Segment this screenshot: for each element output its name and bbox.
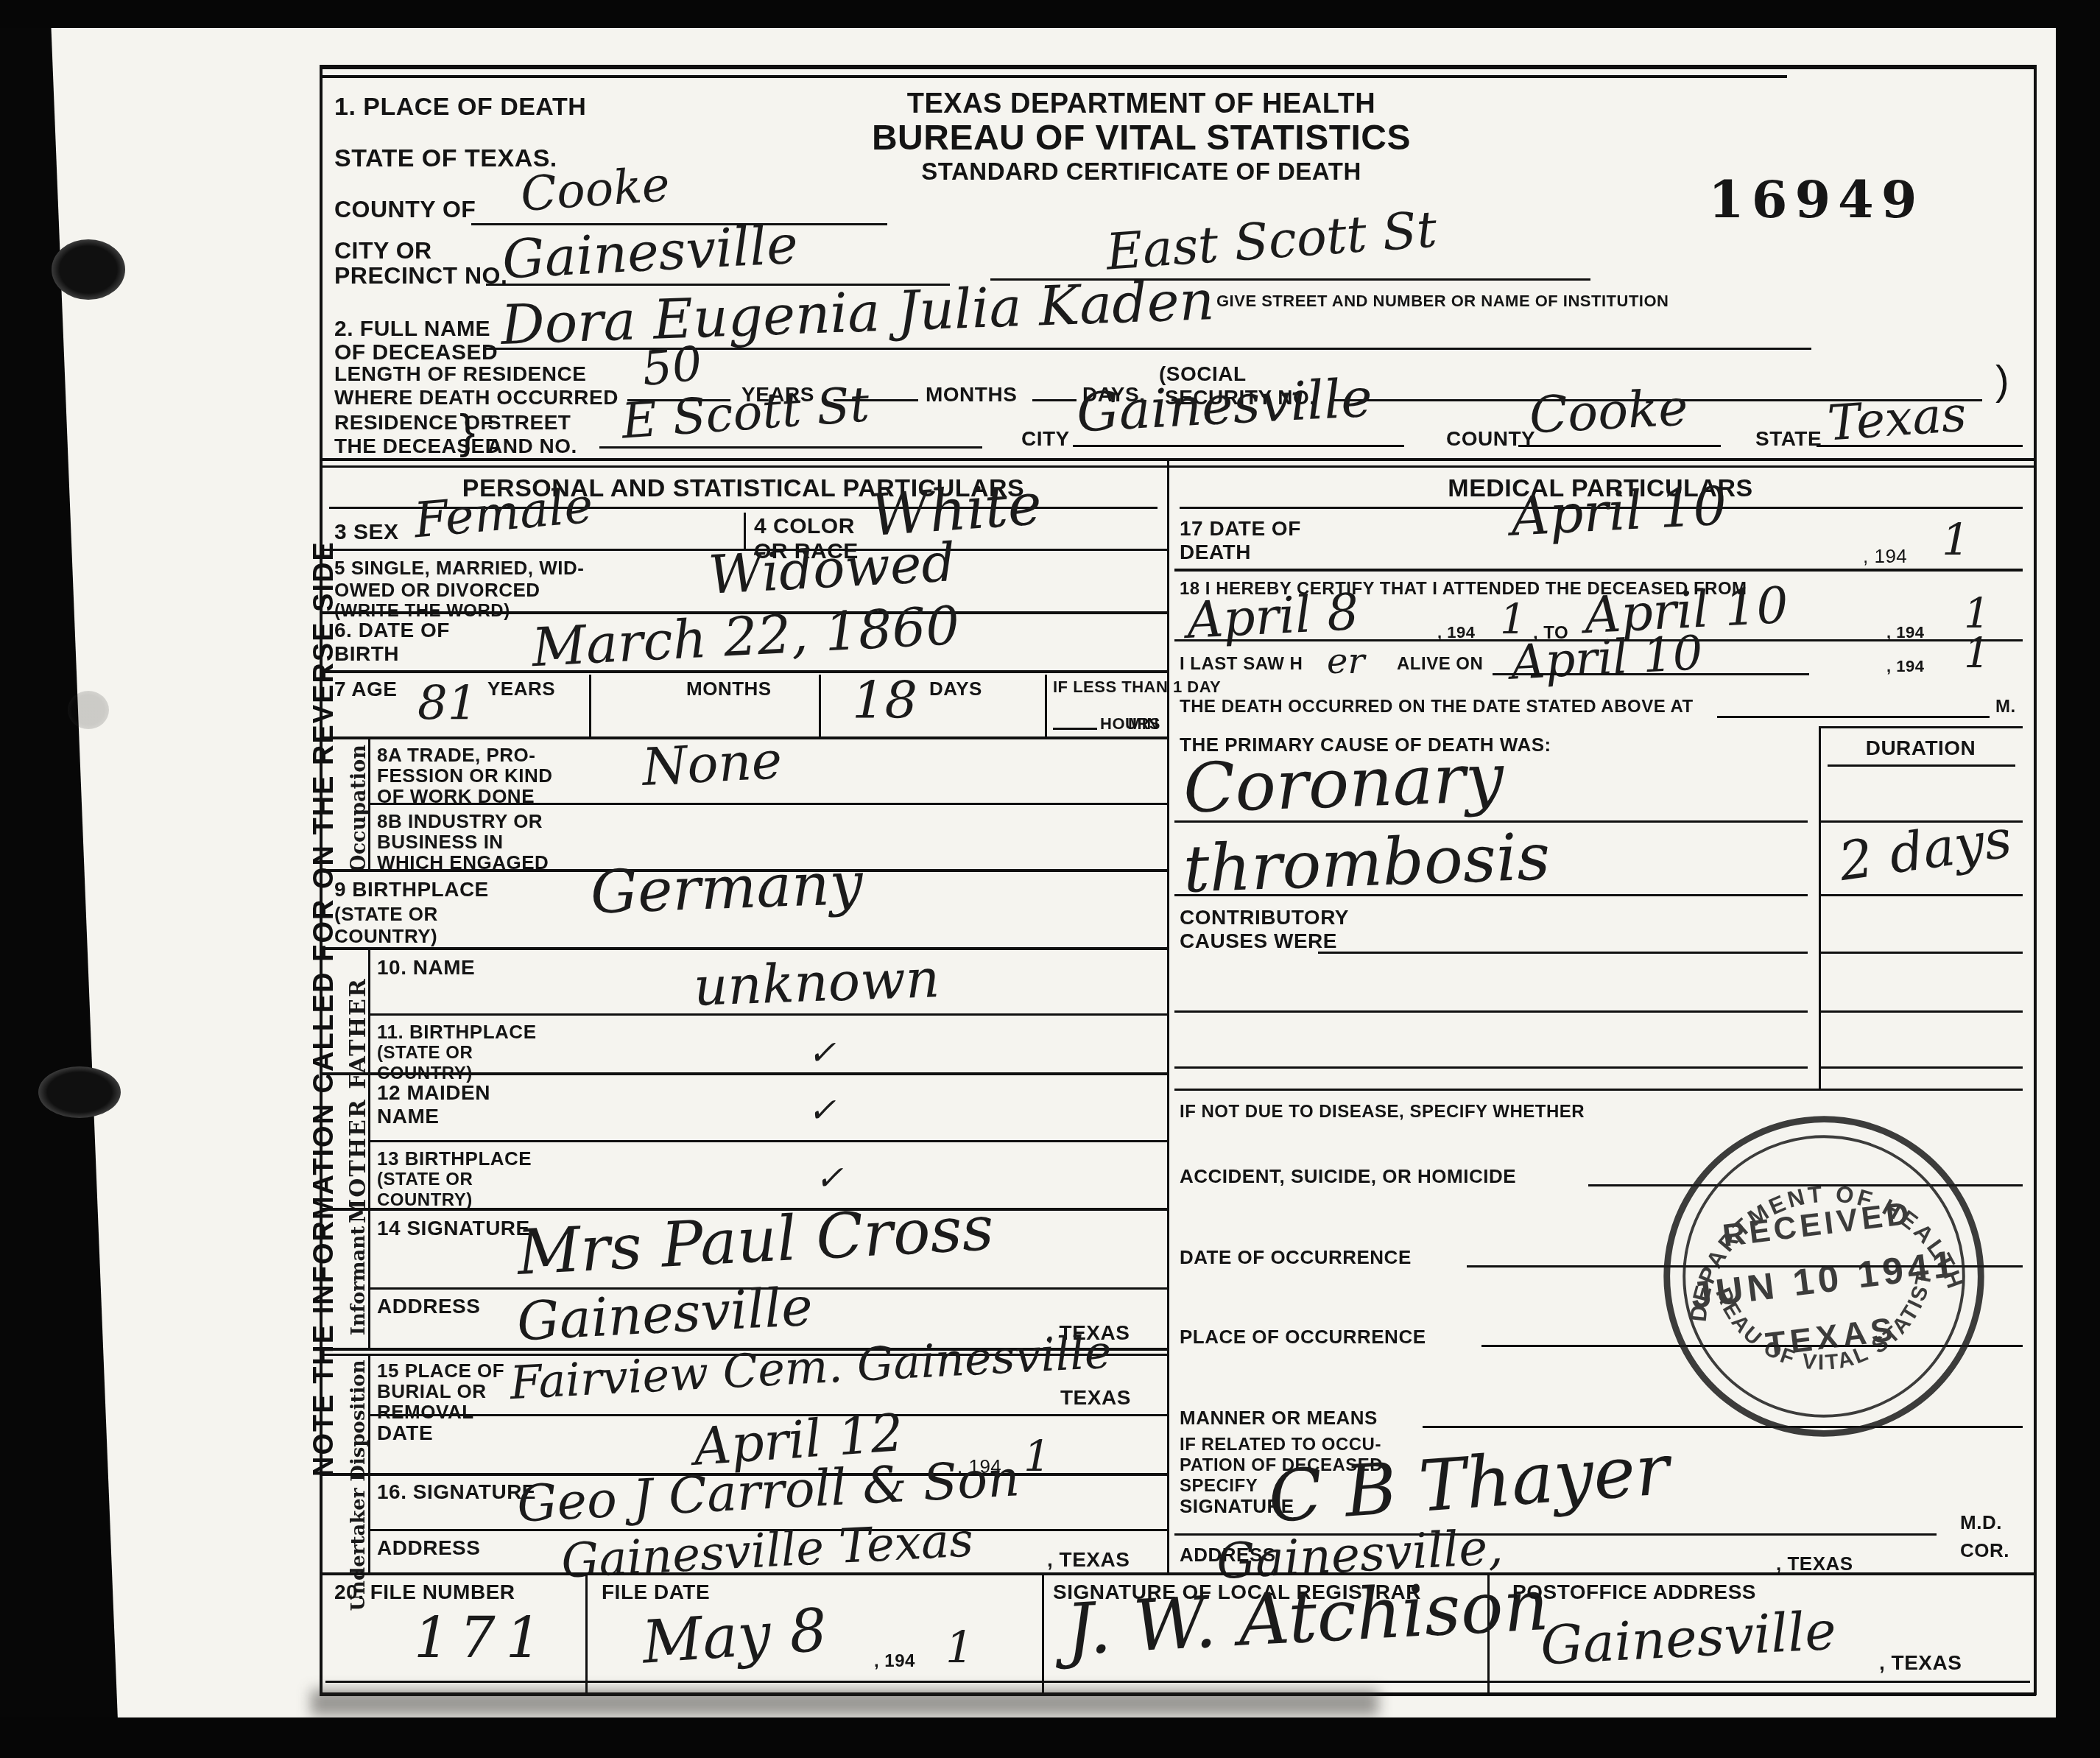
med-sig-cor: COR.: [1960, 1541, 2009, 1560]
age-less-label: IF LESS THAN 1 DAY: [1053, 679, 1221, 695]
contributory-label-2: CAUSES WERE: [1180, 931, 1337, 952]
father-bp-label-2: (STATE OR: [377, 1044, 473, 1062]
maiden-label-1: 12 MAIDEN: [377, 1083, 490, 1103]
med-sig-md: M.D.: [1960, 1513, 2002, 1532]
rule-under-birthplace: [320, 947, 1167, 950]
father-bp-label-1: 11. BIRTHPLACE: [377, 1022, 537, 1041]
fullname-label-1: 2. FULL NAME: [334, 318, 490, 340]
dod-label-1: 17 DATE OF: [1180, 518, 1301, 539]
res-city-value: Gainesville: [1075, 371, 1373, 440]
standard-title: STANDARD CERTIFICATE OF DEATH: [626, 159, 1657, 183]
dob-value: March 22, 1860: [531, 599, 961, 674]
form-top-rule-2: [322, 75, 1787, 78]
informant-sig-label: 14 SIGNATURE: [377, 1218, 530, 1239]
occupation-side-label: Occupation: [349, 713, 369, 904]
strip-divider-1: [585, 1572, 588, 1692]
res-street-value: E Scott St: [620, 380, 871, 446]
county-value: Cooke: [519, 161, 672, 219]
county-label: COUNTY OF: [334, 197, 476, 221]
father-bp-value: ✓: [808, 1036, 836, 1069]
undertaker-cell-divider: [368, 1473, 370, 1572]
punch-hole-top: [52, 239, 125, 300]
scan-right-edge: [2057, 0, 2100, 1758]
age-min-label: MIN: [1128, 716, 1159, 732]
mother-bp-label-3: COUNTRY): [377, 1192, 473, 1209]
hours-line: [1053, 728, 1097, 730]
dept-title: TEXAS DEPARTMENT OF HEALTH: [626, 90, 1657, 118]
rule-under-dod: [1174, 569, 2023, 572]
duration-value: 2 days: [1836, 812, 2015, 888]
birthplace-label-1: 9 BIRTHPLACE: [334, 879, 489, 900]
lastsaw-value: April 10: [1510, 630, 1704, 687]
certify-to-year-hw: 1: [1964, 594, 1990, 635]
received-stamp: DEPARTMENT OF HEALTH RECEIVED JUN 10 194…: [1639, 1091, 2008, 1460]
postoffice-value: Gainesville: [1539, 1604, 1837, 1673]
punch-hole-bottom: [38, 1066, 121, 1118]
file-number-value: 171: [414, 1610, 552, 1666]
certify-from-year-hw: 1: [1500, 600, 1526, 641]
marital-label-2: OWED OR DIVORCED: [334, 580, 540, 600]
burial-label-3: REMOVAL: [377, 1402, 474, 1421]
informant-addr-value: Gainesville: [515, 1280, 814, 1349]
duration-label-rule: [1828, 764, 2015, 767]
father-cell-divider: [368, 947, 370, 1072]
ssn-paren: ): [1995, 359, 2009, 401]
marital-label-1: 5 SINGLE, MARRIED, WID-: [334, 558, 584, 577]
street-note: GIVE STREET AND NUMBER OR NAME OF INSTIT…: [1216, 293, 1669, 309]
rule-under-dob: [320, 670, 1167, 673]
res-county-line: [1518, 445, 1721, 447]
certify-to-year-printed: , 194: [1886, 625, 1924, 641]
rule-under-father-name: [368, 1013, 1167, 1016]
dob-label-1: 6. DATE OF: [334, 620, 450, 641]
lastsaw-line: [1493, 673, 1809, 675]
dob-label-2: BIRTH: [334, 644, 399, 664]
form-right-border: [2034, 65, 2037, 1695]
age-days-label: DAYS: [929, 679, 982, 698]
occurred-suffix: M.: [1995, 698, 2016, 716]
age-years-label: YEARS: [487, 679, 555, 698]
undertaker-side-label: Undertaker: [349, 1454, 368, 1645]
dod-label-2: DEATH: [1180, 542, 1251, 563]
lastsaw-her: er: [1327, 644, 1364, 679]
file-date-label: FILE DATE: [602, 1582, 710, 1603]
city-label-2: PRECINCT NO.: [334, 264, 507, 287]
trade-label-1: 8A TRADE, PRO-: [377, 745, 536, 764]
cause-rule-2: [1174, 894, 1808, 896]
industry-label-1: 8B INDUSTRY OR: [377, 812, 543, 831]
burial-label-1: 15 PLACE OF: [377, 1361, 504, 1380]
duration-rule-4: [1819, 1010, 2023, 1013]
duration-box-left: [1819, 726, 1821, 1089]
months-label: MONTHS: [926, 384, 1017, 405]
scan-smudge: [311, 1690, 1378, 1716]
form-left-border: [320, 65, 323, 1695]
birthplace-value: Germany: [590, 854, 864, 923]
lastsaw-year-printed: , 194: [1886, 658, 1924, 675]
marital-value: Widowed: [707, 535, 956, 601]
duration-box-top: [1819, 726, 2023, 728]
duration-rule-2: [1819, 894, 2023, 896]
age-days-value: 18: [852, 675, 917, 726]
age-divider-3: [1045, 675, 1047, 736]
undertaker-addr-suffix: , TEXAS: [1047, 1550, 1130, 1570]
burial-year-hw: 1: [1023, 1435, 1051, 1477]
res-city-label: CITY: [1021, 429, 1070, 449]
street-value: East Scott St: [1104, 205, 1438, 278]
color-label-1: 4 COLOR: [754, 516, 855, 538]
age-months-label: MONTHS: [686, 679, 772, 698]
street-no-label-2: AND NO.: [487, 436, 577, 457]
city-label-1: CITY OR: [334, 239, 432, 262]
postoffice-suffix: , TEXAS: [1879, 1653, 1962, 1673]
city-value: Gainesville: [501, 218, 799, 286]
place-of-death-label: 1. PLACE OF DEATH: [334, 94, 586, 119]
section-rule-2: [320, 465, 2035, 468]
mother-bp-label-1: 13 BIRTHPLACE: [377, 1149, 532, 1168]
certificate-paper: NOTE THE INFORMATION CALLED FOR ON THE R…: [46, 27, 2056, 1719]
column-divider: [1167, 458, 1169, 1572]
file-date-value: May 8: [641, 1600, 829, 1672]
fullname-label-2: OF DECEASED: [334, 342, 498, 364]
days-line: [1032, 399, 1077, 401]
certify-from-year-printed: , 194: [1437, 625, 1475, 641]
age-divider-2: [819, 675, 821, 736]
dod-year-printed: , 194: [1863, 546, 1907, 566]
sex-value: Female: [412, 482, 595, 546]
trade-value: None: [641, 734, 783, 793]
manner-label: MANNER OR MEANS: [1180, 1408, 1378, 1427]
age-label: 7 AGE: [334, 679, 398, 700]
strip-divider-2: [1042, 1572, 1044, 1692]
occurred-line: [1717, 716, 1990, 718]
blank-rule-2: [1174, 1066, 1808, 1069]
father-name-label: 10. NAME: [377, 957, 475, 978]
burial-suffix: TEXAS: [1060, 1388, 1131, 1408]
residence-length-label-1: LENGTH OF RESIDENCE: [334, 364, 586, 384]
section-rule-1: [320, 458, 2035, 461]
accident-label: ACCIDENT, SUICIDE, OR HOMICIDE: [1180, 1167, 1516, 1186]
strip-top-rule: [320, 1572, 2036, 1575]
residence-years-value: 50: [640, 340, 705, 393]
scan-bottom-edge: [0, 1717, 2100, 1758]
informant-cell-divider: [368, 1208, 370, 1348]
scan-top-edge: [0, 0, 2100, 28]
strip-writing-line: [325, 1681, 2030, 1683]
certificate-number: 16949: [1708, 174, 1925, 225]
cause-line-1: Coronary: [1183, 744, 1505, 823]
contributory-label-1: CONTRIBUTORY: [1180, 907, 1349, 928]
industry-label-2: BUSINESS IN: [377, 832, 504, 851]
file-date-year-printed: , 194: [874, 1653, 915, 1670]
occurred-label: THE DEATH OCCURRED ON THE DATE STATED AB…: [1180, 698, 1694, 716]
undertaker-sig-label: 16. SIGNATURE: [377, 1482, 536, 1502]
burial-label-2: BURIAL OR: [377, 1382, 486, 1401]
postoffice-label: POSTOFFICE ADDRESS: [1512, 1582, 1756, 1603]
res-state-label: STATE: [1755, 429, 1822, 449]
disposition-cell-divider: [368, 1354, 370, 1473]
mother-bp-value: ✓: [815, 1161, 844, 1195]
lastsaw-year-hw: 1: [1964, 633, 1990, 675]
father-name-value: unknown: [693, 952, 940, 1013]
blank-rule-1: [1174, 1010, 1808, 1013]
age-divider-1: [589, 675, 591, 736]
file-date-year-hw: 1: [945, 1626, 973, 1670]
place-occ-label: PLACE OF OCCURRENCE: [1180, 1327, 1426, 1346]
related-label-3: SPECIFY: [1180, 1477, 1258, 1495]
ifnot-label: IF NOT DUE TO DISEASE, SPECIFY WHETHER: [1180, 1103, 1585, 1121]
scanned-death-certificate: NOTE THE INFORMATION CALLED FOR ON THE R…: [0, 0, 2100, 1758]
sex-label: 3 SEX: [334, 521, 399, 544]
dod-value: April 10: [1509, 479, 1727, 543]
res-state-value: Texas: [1826, 390, 1968, 449]
res-county-value: Cooke: [1528, 383, 1689, 441]
rule-under-trade: [368, 803, 1167, 805]
street-no-label-1: STREET: [487, 412, 571, 433]
contributory-rule: [1318, 952, 1808, 954]
duration-label: DURATION: [1819, 738, 2023, 759]
lastsaw-label-1: I LAST SAW H: [1180, 655, 1303, 673]
date-occ-label: DATE OF OCCURRENCE: [1180, 1248, 1412, 1267]
maiden-value: ✓: [808, 1093, 836, 1127]
form-top-rule-1: [322, 65, 2034, 69]
residence-brace: }: [459, 408, 476, 455]
punch-hole-faint: [68, 691, 109, 729]
trade-label-2: FESSION OR KIND: [377, 766, 553, 785]
lastsaw-label-2: ALIVE ON: [1397, 655, 1483, 673]
age-years-value: 81: [417, 681, 477, 728]
duration-box-bottom: [1174, 1089, 2023, 1091]
rule-under-maiden: [368, 1140, 1167, 1142]
cause-line-2: thrombosis: [1183, 824, 1551, 901]
burial-date-label: DATE: [377, 1423, 433, 1444]
rule-under-father-bp: [320, 1072, 1167, 1075]
bureau-title: BUREAU OF VITAL STATISTICS: [626, 121, 1657, 156]
dod-year-hw: 1: [1942, 518, 1970, 563]
residence-length-label-2: WHERE DEATH OCCURRED: [334, 387, 619, 408]
undertaker-addr-label: ADDRESS: [377, 1538, 480, 1558]
informant-addr-label: ADDRESS: [377, 1296, 480, 1317]
certify-from-value: April 8: [1185, 588, 1360, 647]
res-city-line: [1073, 445, 1404, 447]
maiden-label-2: NAME: [377, 1106, 439, 1127]
mother-bp-label-2: (STATE OR: [377, 1171, 473, 1189]
duration-rule-5: [1819, 1066, 2023, 1069]
med-addr-suffix: , TEXAS: [1776, 1554, 1853, 1573]
duration-rule-3: [1819, 952, 2023, 954]
file-number-label: 20. FILE NUMBER: [334, 1582, 515, 1603]
birthplace-label-2: (STATE OR: [334, 904, 438, 924]
